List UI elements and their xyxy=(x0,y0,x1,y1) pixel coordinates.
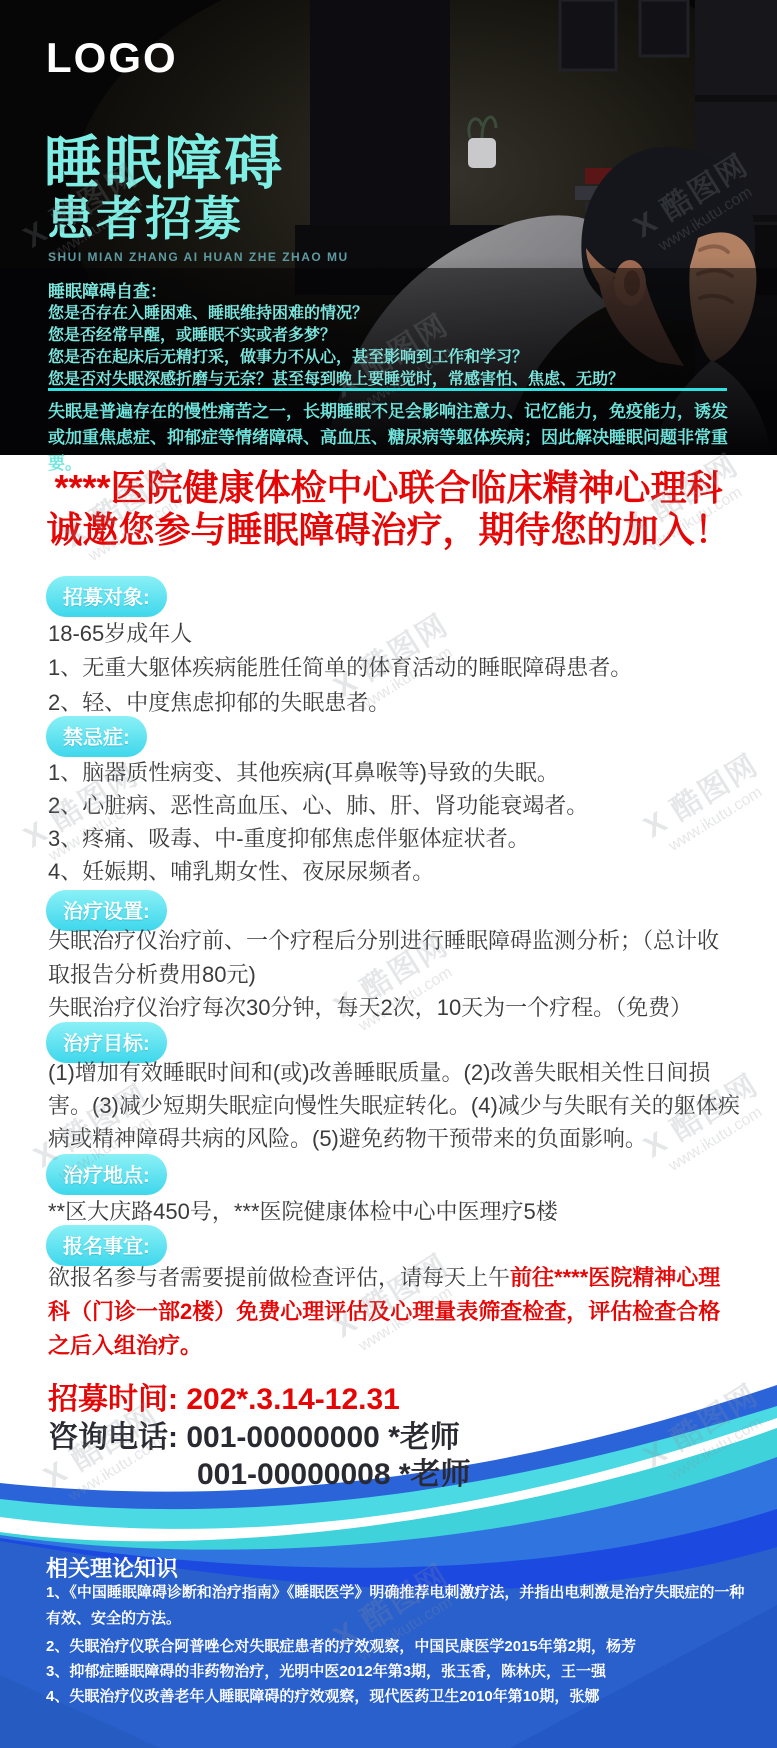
selfcheck-title: 睡眠障碍自查： xyxy=(48,277,167,302)
treatment-settings-para2: 失眠治疗仪治疗每次30分钟，每天2次，10天为一个疗程。（免费） xyxy=(48,991,748,1025)
contraindication-item-4: 4、妊娠期、哺乳期女性、夜尿尿频者。 xyxy=(48,855,434,886)
contraindication-item-3: 3、疼痛、吸毒、中-重度抑郁焦虑伴躯体症状者。 xyxy=(48,822,530,853)
intro-headline-line2: 诚邀您参与睡眠障碍治疗，期待您的加入！ xyxy=(0,509,777,551)
logo: LOGO xyxy=(46,34,178,82)
recruit-item-1: 1、无重大躯体疾病能胜任简单的体育活动的睡眠障碍患者。 xyxy=(48,651,632,682)
selfcheck-question-1: 您是否存在入睡困难、睡眠维持困难的情况？ xyxy=(48,300,368,323)
footer-ref-4: 4、失眠治疗仪改善老年人睡眠障碍的疗效观察，现代医药卫生2010年第10期，张娜 xyxy=(46,1684,746,1710)
intro-headline-line1: ****医院健康体检中心联合临床精神心理科 xyxy=(0,467,777,509)
selfcheck-question-4: 您是否对失眠深感折磨与无奈？甚至每到晚上要睡觉时，常感害怕、焦虑、无助？ xyxy=(48,366,624,389)
recruit-age: 18-65岁成年人 xyxy=(48,617,192,648)
contraindication-item-2: 2、心脏病、恶性高血压、心、肺、肝、肾功能衰竭者。 xyxy=(48,789,588,820)
footer-title: 相关理论知识 xyxy=(46,1552,178,1583)
poster-title-line2: 患者招募 xyxy=(47,182,243,249)
intro-headline: ****医院健康体检中心联合临床精神心理科 诚邀您参与睡眠障碍治疗，期待您的加入… xyxy=(0,467,777,551)
badge-signup: 报名事宜: xyxy=(46,1225,167,1266)
footer-ref-3: 3、抑郁症睡眠障碍的非药物治疗，光明中医2012年第3期，张玉香，陈林庆，王一强 xyxy=(46,1659,746,1685)
insomnia-summary: 失眠是普遍存在的慢性痛苦之一，长期睡眠不足会影响注意力、记忆能力，免疫能力，诱发… xyxy=(48,399,740,477)
phone-label: 咨询电话: xyxy=(48,1421,178,1454)
poster: LOGO 睡眠障碍 患者招募 SHUI MIAN ZHANG AI HUAN Z… xyxy=(0,0,777,1748)
selfcheck-question-3: 您是否在起床后无精打采，做事力不从心，甚至影响到工作和学习？ xyxy=(48,344,528,367)
badge-treatment-location: 治疗地点: xyxy=(46,1154,167,1195)
treatment-settings-para1: 失眠治疗仪治疗前、一个疗程后分别进行睡眠障碍监测分析；（总计收取报告分析费用80… xyxy=(48,924,730,992)
contraindication-item-1: 1、脑器质性病变、其他疾病(耳鼻喉等)导致的失眠。 xyxy=(48,756,559,787)
title-pinyin: SHUI MIAN ZHANG AI HUAN ZHE ZHAO MU xyxy=(48,250,349,264)
treatment-location-line: **区大庆路450号，***医院健康体检中心中医理疗5楼 xyxy=(48,1195,558,1226)
signup-para: 欲报名参与者需要提前做检查评估，请每天上午前往****医院精神心理科（门诊一部2… xyxy=(48,1261,730,1363)
hero-section: LOGO 睡眠障碍 患者招募 SHUI MIAN ZHANG AI HUAN Z… xyxy=(0,0,777,455)
treatment-goals-para: (1)增加有效睡眠时间和(或)改善睡眠质量。(2)改善失眠相关性日间损害。(3)… xyxy=(48,1056,740,1155)
cyan-divider xyxy=(48,388,727,391)
recruit-item-2: 2、轻、中度焦虑抑郁的失眠患者。 xyxy=(48,686,390,717)
selfcheck-question-2: 您是否经常早醒，或睡眠不实或者多梦？ xyxy=(48,322,336,345)
footer-ref-1: 1、《中国睡眠障碍诊断和治疗指南》《睡眠医学》明确推荐电刺激疗法，并指出电刺激是… xyxy=(46,1580,746,1632)
signup-normal-text: 欲报名参与者需要提前做检查评估，请每天上午 xyxy=(48,1265,510,1290)
phone-number-2: 001-00000008 *老师 xyxy=(197,1458,471,1491)
footer-ref-2: 2、失眠治疗仪联合阿普唑仑对失眠症患者的疗效观察，中国民康医学2015年第2期，… xyxy=(46,1634,746,1660)
badge-recruit-target: 招募对象: xyxy=(46,576,167,617)
badge-contraindication: 禁忌症: xyxy=(46,716,147,757)
phone-row-2: 001-00000008 *老师 xyxy=(197,1449,471,1493)
